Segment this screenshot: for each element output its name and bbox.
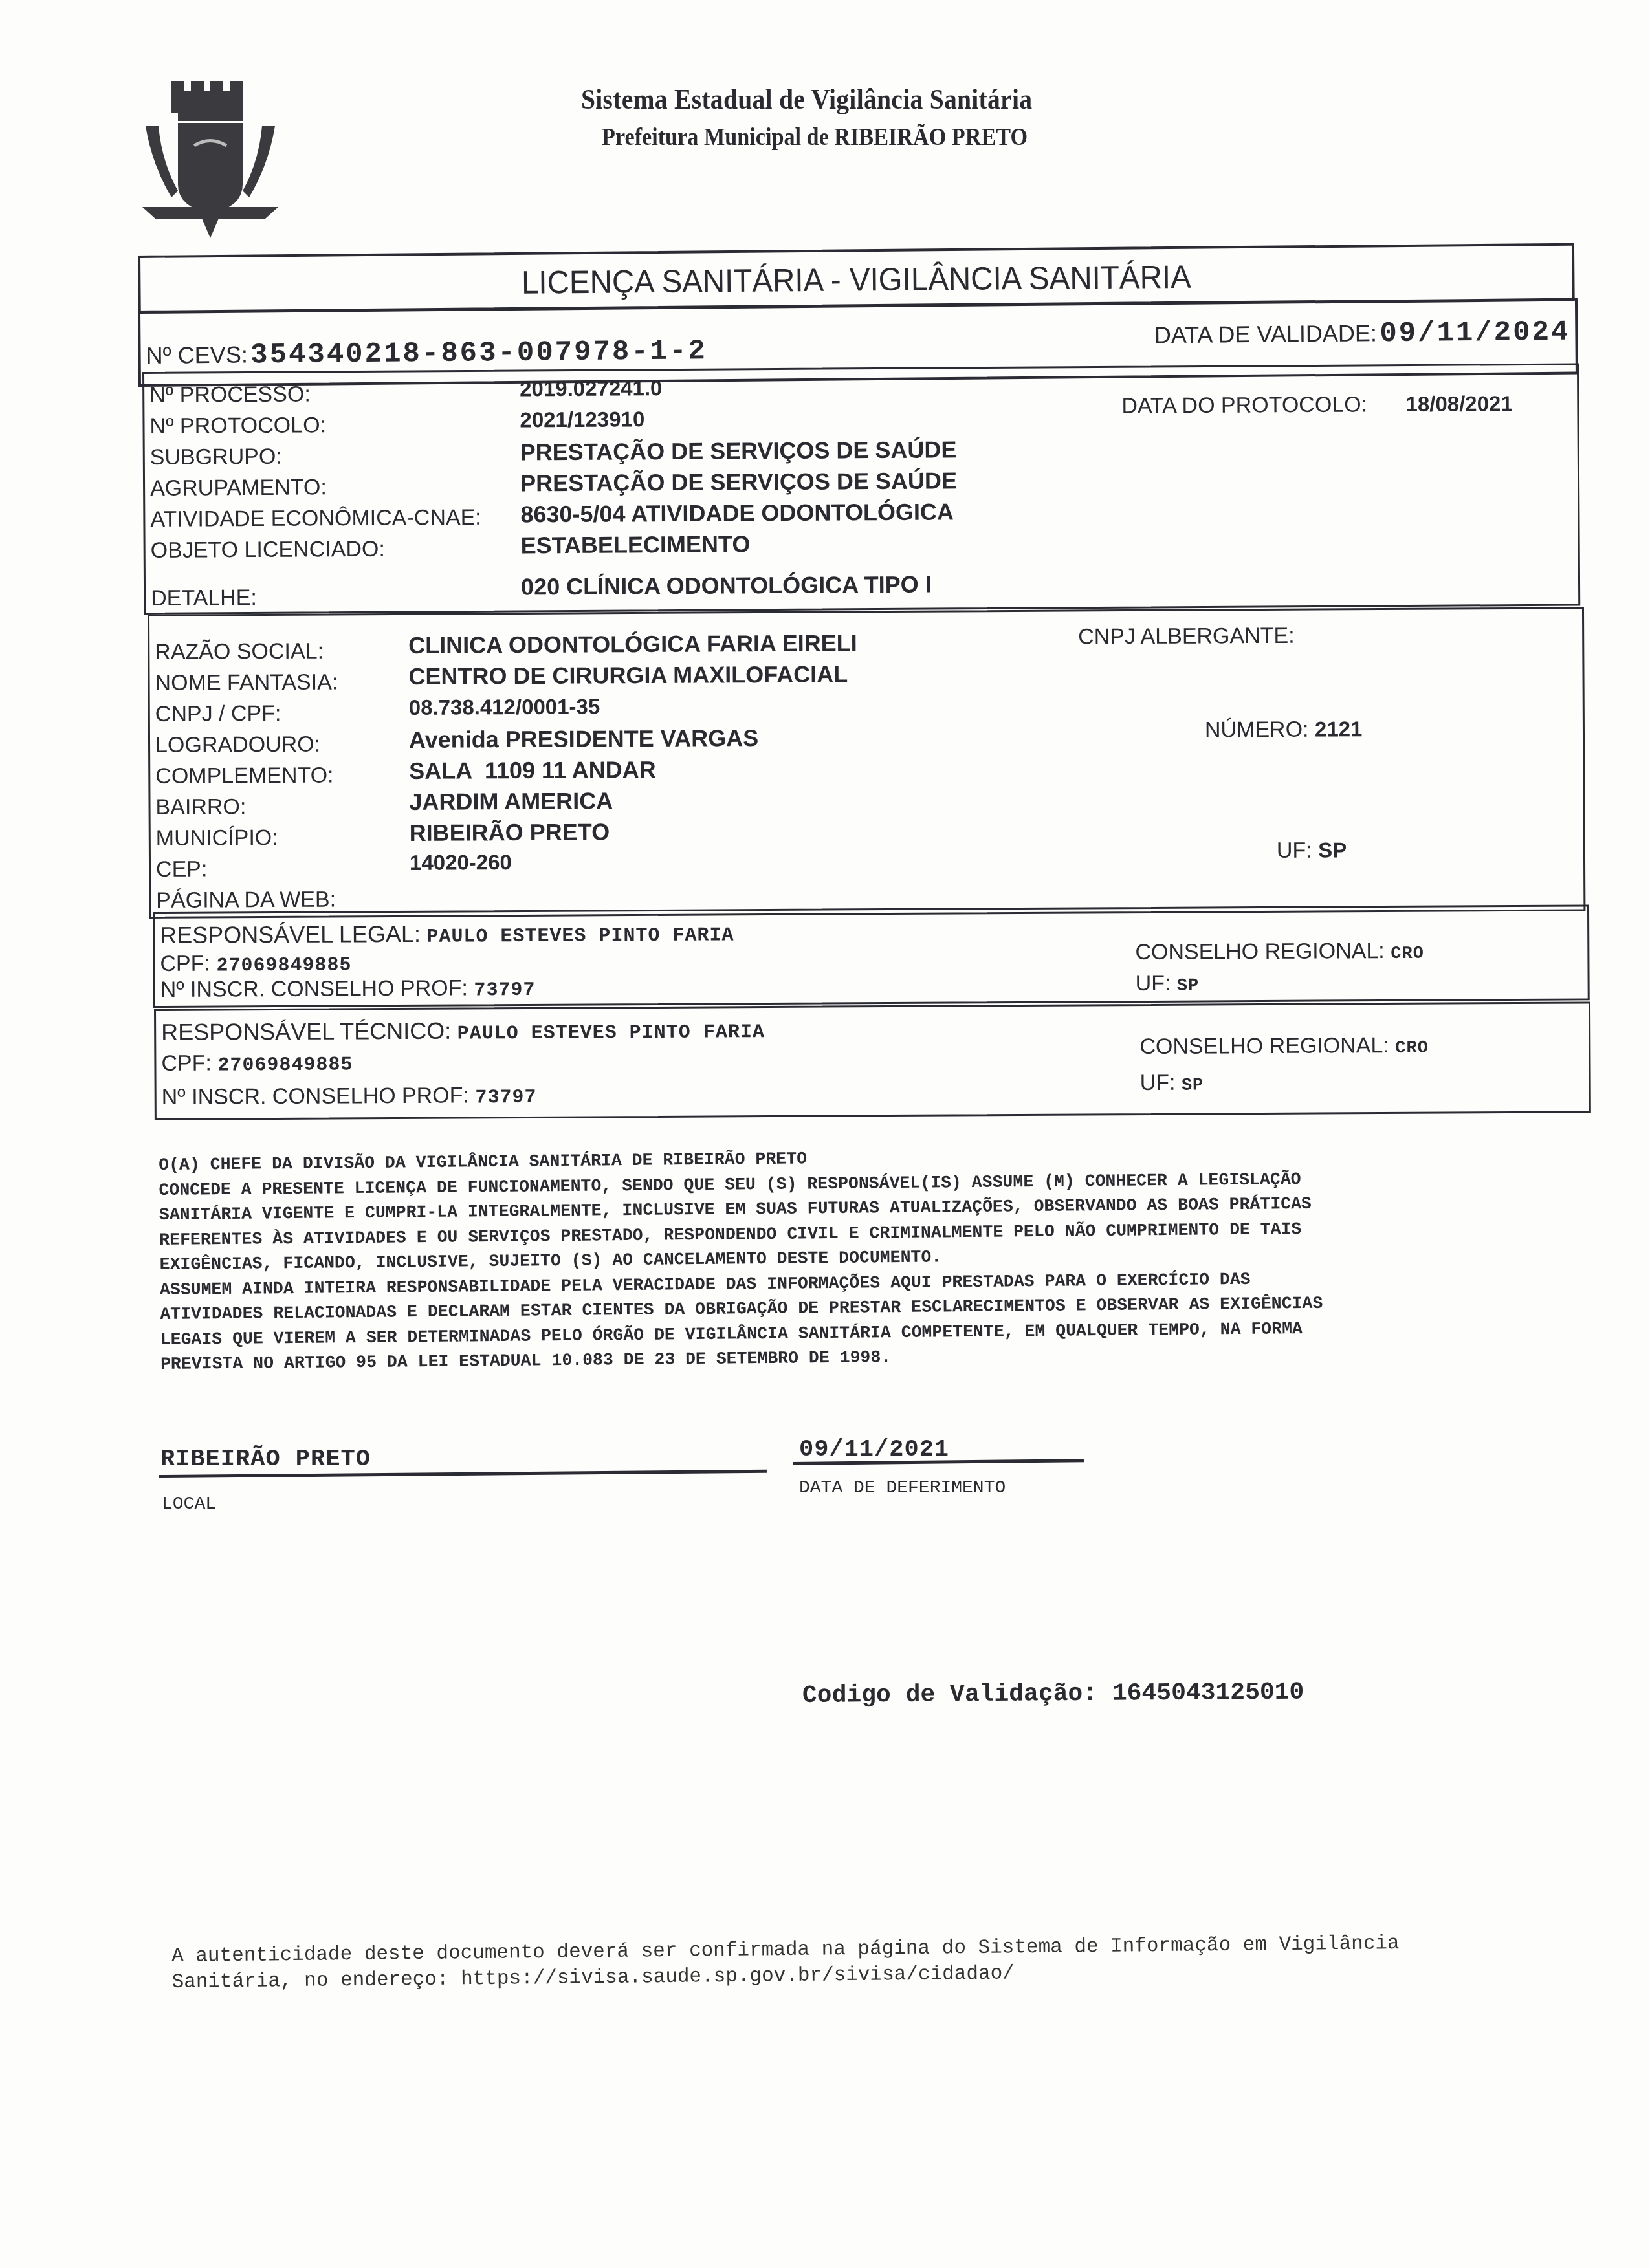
uf-value: SP (1318, 838, 1347, 862)
legal-conselho-label: CONSELHO REGIONAL: (1135, 939, 1385, 965)
bairro-value: JARDIM AMERICA (409, 787, 613, 815)
objeto-value: ESTABELECIMENTO (521, 530, 751, 558)
legal-inscr-label: Nº INSCR. CONSELHO PROF: (160, 976, 468, 1001)
data-protocolo-label: DATA DO PROTOCOLO: (1121, 392, 1367, 418)
municipality-subtitle: Prefeitura Municipal de RIBEIRÃO PRETO (602, 123, 1028, 151)
complemento-label: COMPLEMENTO: (155, 763, 333, 788)
technical-responsible-section: RESPONSÁVEL TÉCNICO: PAULO ESTEVES PINTO… (154, 1001, 1591, 1120)
technical-uf-label: UF: (1140, 1071, 1176, 1095)
legal-inscr-value: 73797 (474, 979, 535, 1001)
cnpj-value: 08.738.412/0001-35 (409, 694, 600, 719)
cnae-value: 8630-5/04 ATIVIDADE ODONTOLÓGICA (520, 498, 954, 527)
cnae-label: ATIVIDADE ECONÔMICA-CNAE: (150, 505, 481, 532)
numero-label: NÚMERO: (1205, 717, 1309, 743)
cep-value: 14020-260 (410, 850, 512, 875)
data-protocolo-value: 18/08/2021 (1405, 391, 1512, 416)
coat-of-arms-icon (133, 68, 288, 246)
razao-label: RAZÃO SOCIAL: (155, 639, 324, 664)
fantasia-value: CENTRO DE CIRURGIA MAXILOFACIAL (408, 660, 848, 690)
legal-uf-label: UF: (1135, 971, 1171, 996)
deferment-date-label: DATA DE DEFERIMENTO (799, 1478, 1006, 1498)
razao-value: CLINICA ODONTOLÓGICA FARIA EIRELI (408, 629, 857, 659)
uf-label: UF: (1277, 838, 1312, 863)
local-value: RIBEIRÃO PRETO (160, 1446, 371, 1473)
detalhe-label: DETALHE: (151, 585, 257, 611)
protocolo-value: 2021/123910 (520, 407, 644, 431)
subgrupo-label: SUBGRUPO: (150, 444, 282, 470)
legal-responsible-name: PAULO ESTEVES PINTO FARIA (426, 924, 734, 948)
agrupamento-label: AGRUPAMENTO: (150, 475, 327, 501)
technical-inscr-label: Nº INSCR. CONSELHO PROF: (162, 1083, 469, 1109)
technical-cpf-value: 27069849885 (217, 1054, 353, 1076)
cep-label: CEP: (156, 857, 208, 882)
legal-uf-value: SP (1177, 977, 1200, 996)
fantasia-label: NOME FANTASIA: (155, 670, 338, 695)
legal-conselho-value: CRO (1391, 944, 1424, 964)
legal-responsible-section: RESPONSÁVEL LEGAL: PAULO ESTEVES PINTO F… (153, 904, 1590, 1008)
municipio-label: MUNICÍPIO: (156, 825, 278, 851)
technical-conselho-value: CRO (1395, 1039, 1429, 1058)
technical-cpf-label: CPF: (161, 1051, 212, 1076)
web-label: PÁGINA DA WEB: (156, 887, 336, 912)
detalhe-value: 020 CLÍNICA ODONTOLÓGICA TIPO I (521, 571, 932, 600)
municipio-value: RIBEIRÃO PRETO (410, 818, 610, 846)
objeto-label: OBJETO LICENCIADO: (151, 537, 385, 563)
numero-value: 2121 (1315, 717, 1363, 741)
processo-label: Nº PROCESSO: (149, 382, 311, 408)
legal-responsible-label: RESPONSÁVEL LEGAL: (160, 921, 421, 948)
logradouro-label: LOGRADOURO: (155, 732, 320, 758)
complemento-value: SALA 1109 11 ANDAR (409, 756, 656, 784)
license-title: LICENÇA SANITÁRIA - VIGILÂNCIA SANITÁRIA (176, 255, 1536, 304)
technical-uf-value: SP (1182, 1076, 1204, 1096)
validity-date: 09/11/2024 (1380, 316, 1570, 351)
establishment-section: RAZÃO SOCIAL: CLINICA ODONTOLÓGICA FARIA… (148, 607, 1585, 919)
legal-cpf-value: 27069849885 (216, 954, 351, 977)
protocolo-label: Nº PROTOCOLO: (149, 413, 326, 439)
agrupamento-value: PRESTAÇÃO DE SERVIÇOS DE SAÚDE (520, 467, 957, 496)
logradouro-value: Avenida PRESIDENTE VARGAS (409, 725, 758, 753)
validation-code: Codigo de Validação: 1645043125010 (802, 1679, 1304, 1710)
declaration-text: O(A) CHEFE DA DIVISÃO DA VIGILÂNCIA SANI… (159, 1139, 1616, 1377)
technical-responsible-name: PAULO ESTEVES PINTO FARIA (457, 1021, 765, 1045)
technical-conselho-label: CONSELHO REGIONAL: (1139, 1033, 1389, 1059)
local-label: LOCAL (162, 1494, 216, 1514)
technical-responsible-label: RESPONSÁVEL TÉCNICO: (161, 1018, 451, 1045)
system-title: Sistema Estadual de Vigilância Sanitária (581, 83, 1032, 116)
processo-value: 2019.027241.0 (520, 376, 662, 400)
process-info-section: Nº PROCESSO: 2019.027241.0 Nº PROTOCOLO:… (142, 363, 1580, 615)
bairro-label: BAIRRO: (155, 794, 246, 820)
deferment-date-value: 09/11/2021 (799, 1436, 949, 1463)
cevs-label: Nº CEVS: (146, 342, 248, 369)
albergante-label: CNPJ ALBERGANTE: (1078, 624, 1295, 649)
cevs-number: 354340218-863-007978-1-2 (250, 335, 707, 371)
legal-cpf-label: CPF: (160, 952, 210, 976)
validity-label: DATA DE VALIDADE: (1154, 320, 1377, 348)
cnpj-label: CNPJ / CPF: (155, 701, 281, 726)
subgrupo-value: PRESTAÇÃO DE SERVIÇOS DE SAÚDE (520, 436, 957, 465)
validation-label: Codigo de Validação: (802, 1680, 1097, 1710)
authenticity-note: A autenticidade deste documento deverá s… (171, 1929, 1622, 1996)
technical-inscr-value: 73797 (475, 1087, 536, 1109)
validation-value: 1645043125010 (1112, 1679, 1304, 1708)
